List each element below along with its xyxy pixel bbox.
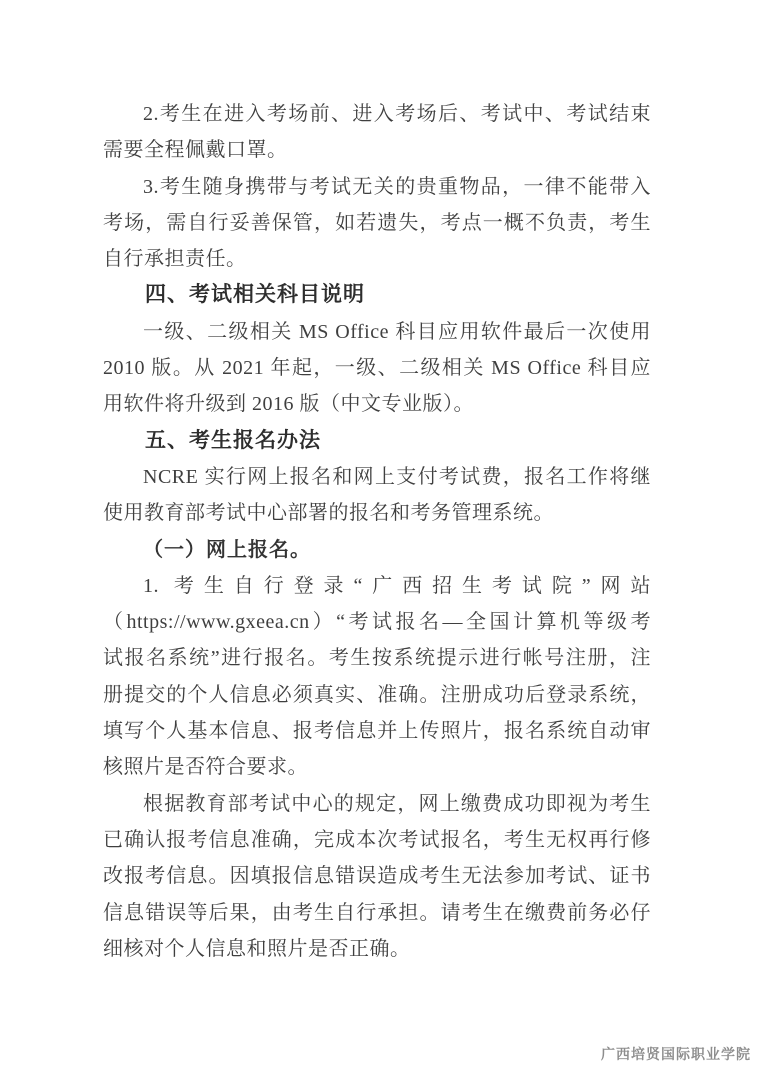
text-line: 使用教育部考试中心部署的报名和考务管理系统。	[103, 495, 651, 531]
text-line-url: （https://www.gxeea.cn）“考试报名—全国计算机等级考	[103, 604, 651, 640]
text-line: 2010 版。从 2021 年起，一级、二级相关 MS Office 科目应	[103, 350, 651, 386]
text-line: 自行承担责任。	[103, 241, 651, 277]
text-line: 考场，需自行妥善保管，如若遗失，考点一概不负责，考生	[103, 205, 651, 241]
section-heading-five: 五、考生报名办法	[103, 423, 651, 459]
text-line: 一级、二级相关 MS Office 科目应用软件最后一次使用	[103, 314, 651, 350]
text-line: 2.考生在进入考场前、进入考场后、考试中、考试结束	[103, 96, 651, 132]
text-line: 3.考生随身携带与考试无关的贵重物品，一律不能带入	[103, 169, 651, 205]
text-line: 改报考信息。因填报信息错误造成考生无法参加考试、证书	[103, 858, 651, 894]
text-line: 填写个人基本信息、报考信息并上传照片，报名系统自动审	[103, 713, 651, 749]
text-line-spread: 1. 考生自行登录“广西招生考试院”网站	[103, 568, 651, 604]
text-line: 已确认报考信息准确，完成本次考试报名，考生无权再行修	[103, 822, 651, 858]
document-text-block: 2.考生在进入考场前、进入考场后、考试中、考试结束 需要全程佩戴口罩。 3.考生…	[103, 96, 651, 967]
text-line: 根据教育部考试中心的规定，网上缴费成功即视为考生	[103, 786, 651, 822]
text-line: 试报名系统”进行报名。考生按系统提示进行帐号注册，注	[103, 640, 651, 676]
document-page: 2.考生在进入考场前、进入考场后、考试中、考试结束 需要全程佩戴口罩。 3.考生…	[0, 0, 764, 1080]
text-line: 需要全程佩戴口罩。	[103, 132, 651, 168]
institution-watermark: 广西培贤国际职业学院	[601, 1044, 751, 1064]
text-line: 册提交的个人信息必须真实、准确。注册成功后登录系统，	[103, 677, 651, 713]
text-line: 细核对个人信息和照片是否正确。	[103, 931, 651, 967]
text-line: NCRE 实行网上报名和网上支付考试费，报名工作将继续	[103, 459, 651, 495]
text-line: 信息错误等后果，由考生自行承担。请考生在缴费前务必仔	[103, 895, 651, 931]
section-heading-four: 四、考试相关科目说明	[103, 277, 651, 313]
subsection-heading-online-registration: （一）网上报名。	[103, 532, 651, 568]
text-line: 用软件将升级到 2016 版（中文专业版）。	[103, 386, 651, 422]
text-line: 核照片是否符合要求。	[103, 749, 651, 785]
